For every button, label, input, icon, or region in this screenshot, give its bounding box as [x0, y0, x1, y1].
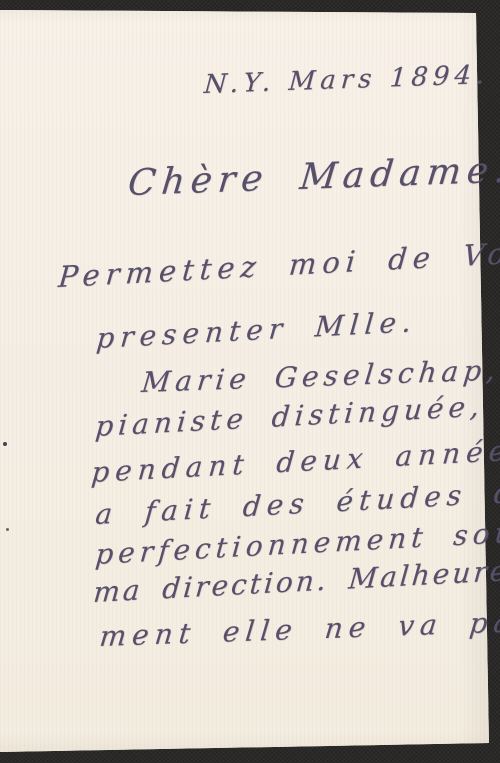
- letter-photograph: N.Y. Mars 1894. Chère Madame. Permettez …: [0, 0, 500, 763]
- ink-speck: [3, 442, 7, 446]
- ink-speck: [6, 528, 9, 531]
